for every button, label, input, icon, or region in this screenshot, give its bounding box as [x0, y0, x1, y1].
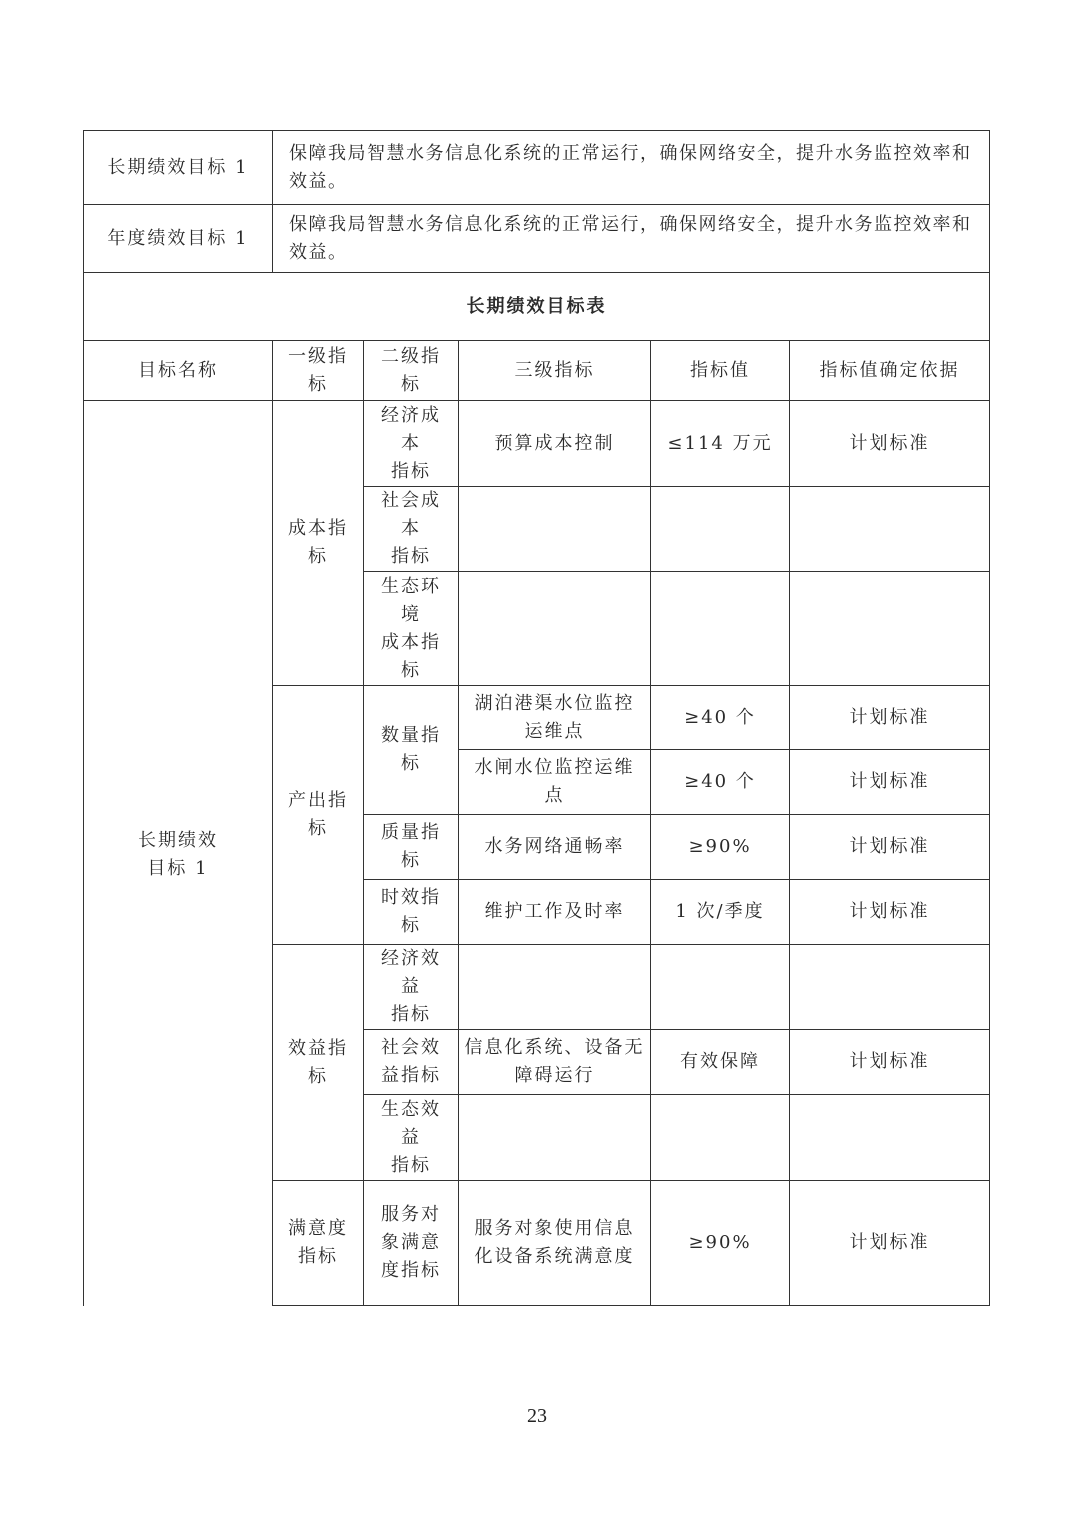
header-level2: 二级指 标	[364, 341, 458, 400]
header-goal-name: 目标名称	[84, 341, 272, 400]
annual-goal-content: 保障我局智慧水务信息化系统的正常运行，确保网络安全，提升水务监控效率和效益。	[273, 205, 989, 272]
level3-cell: 服务对象使用信息 化设备系统满意度	[459, 1181, 650, 1305]
document-page: 长期绩效目标 1 保障我局智慧水务信息化系统的正常运行，确保网络安全，提升水务监…	[0, 0, 1074, 1520]
basis-cell: 计划标准	[790, 686, 989, 749]
long-term-goal-content: 保障我局智慧水务信息化系统的正常运行，确保网络安全，提升水务监控效率和效益。	[273, 131, 989, 204]
level2-cell: 社会效 益指标	[364, 1030, 458, 1094]
level1-output: 产出指 标	[273, 686, 363, 944]
header-level1: 一级指 标	[273, 341, 363, 400]
level3-cell: 水务网络通畅率	[459, 815, 650, 879]
level2-cell: 质量指 标	[364, 815, 458, 879]
value-cell: ≥40 个	[651, 750, 789, 814]
goal-name-cell: 长期绩效 目标 1	[84, 700, 272, 1010]
level2-cell: 服务对 象满意 度指标	[364, 1181, 458, 1305]
level2-cell: 经济效 益 指标	[364, 945, 458, 1029]
level3-cell: 湖泊港渠水位监控 运维点	[459, 686, 650, 749]
annual-goal-label: 年度绩效目标 1	[84, 205, 272, 272]
header-basis: 指标值确定依据	[790, 341, 989, 400]
level2-cell: 社会成 本 指标	[364, 487, 458, 571]
value-cell: ≥40 个	[651, 686, 789, 749]
level2-cell: 经济成 本 指标	[364, 401, 458, 486]
level3-cell: 预算成本控制	[459, 401, 650, 486]
long-term-goal-label: 长期绩效目标 1	[84, 131, 272, 204]
value-cell: 有效保障	[651, 1030, 789, 1094]
table-border-right	[989, 130, 990, 1306]
table-border-bottom	[272, 1305, 990, 1306]
basis-cell: 计划标准	[790, 1181, 989, 1305]
basis-cell: 计划标准	[790, 1030, 989, 1094]
value-cell: ≤114 万元	[651, 401, 789, 486]
level3-cell: 维护工作及时率	[459, 880, 650, 944]
level2-cell: 生态效 益 指标	[364, 1095, 458, 1180]
level1-satisfaction: 满意度 指标	[273, 1181, 363, 1305]
value-cell: ≥90%	[651, 1181, 789, 1305]
level3-cell: 信息化系统、设备无 障碍运行	[459, 1030, 650, 1094]
value-cell: 1 次/季度	[651, 880, 789, 944]
basis-cell: 计划标准	[790, 401, 989, 486]
page-number: 23	[0, 1405, 1074, 1428]
value-cell: ≥90%	[651, 815, 789, 879]
header-value: 指标值	[651, 341, 789, 400]
table-title: 长期绩效目标表	[84, 273, 989, 340]
level3-cell: 水闸水位监控运维 点	[459, 750, 650, 814]
basis-cell: 计划标准	[790, 880, 989, 944]
level2-cell: 生态环 境 成本指 标	[364, 572, 458, 685]
level2-cell: 时效指 标	[364, 880, 458, 944]
basis-cell: 计划标准	[790, 815, 989, 879]
level1-benefit: 效益指 标	[273, 945, 363, 1180]
basis-cell: 计划标准	[790, 750, 989, 814]
level2-cell: 数量指 标	[364, 686, 458, 814]
level1-cost: 成本指 标	[273, 401, 363, 685]
header-level3: 三级指标	[459, 341, 650, 400]
